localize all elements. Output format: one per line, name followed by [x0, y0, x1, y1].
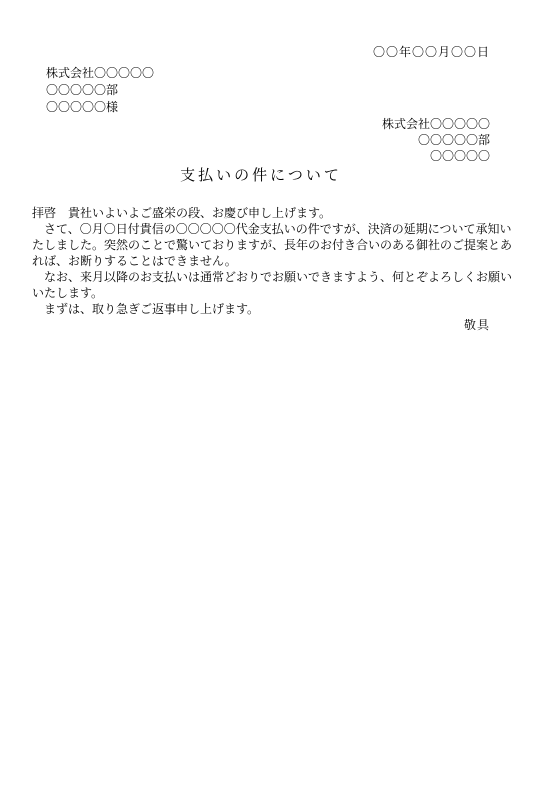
body-line: さて、〇月〇日付貴信の〇〇〇〇〇代金支払いの件ですが、決済の延期について承知い — [32, 221, 490, 237]
recipient-block: 株式会社〇〇〇〇〇 〇〇〇〇〇部 〇〇〇〇〇様 — [46, 65, 490, 116]
letter-page: 〇〇年〇〇月〇〇日 株式会社〇〇〇〇〇 〇〇〇〇〇部 〇〇〇〇〇様 株式会社〇〇… — [0, 0, 546, 787]
letter-date: 〇〇年〇〇月〇〇日 — [32, 45, 490, 59]
sender-name: 〇〇〇〇〇 — [32, 148, 490, 164]
body-line: たしました。突然のことで驚いておりますが、長年のお付き合いのある御社のご提案とあ — [32, 237, 490, 253]
letter-closing: 敬具 — [32, 317, 490, 333]
sender-block: 株式会社〇〇〇〇〇 〇〇〇〇〇部 〇〇〇〇〇 — [32, 116, 490, 164]
body-line: れば、お断りすることはできません。 — [32, 253, 490, 269]
recipient-company: 株式会社〇〇〇〇〇 — [46, 65, 490, 82]
sender-department: 〇〇〇〇〇部 — [32, 132, 490, 148]
body-line: いたします。 — [32, 285, 490, 301]
body-line: なお、来月以降のお支払いは通常どおりでお願いできますよう、何とぞよろしくお願い — [32, 269, 490, 285]
letter-title: 支払いの件について — [32, 167, 490, 185]
recipient-department: 〇〇〇〇〇部 — [46, 82, 490, 99]
letter-body: 拝啓 貴社いよいよご盛栄の段、お慶び申し上げます。 さて、〇月〇日付貴信の〇〇〇… — [32, 205, 490, 317]
body-line: まずは、取り急ぎご返事申し上げます。 — [32, 301, 490, 317]
recipient-person: 〇〇〇〇〇様 — [46, 99, 490, 116]
body-line: 拝啓 貴社いよいよご盛栄の段、お慶び申し上げます。 — [32, 205, 490, 221]
sender-company: 株式会社〇〇〇〇〇 — [32, 116, 490, 132]
letter-content: 〇〇年〇〇月〇〇日 株式会社〇〇〇〇〇 〇〇〇〇〇部 〇〇〇〇〇様 株式会社〇〇… — [0, 0, 546, 333]
